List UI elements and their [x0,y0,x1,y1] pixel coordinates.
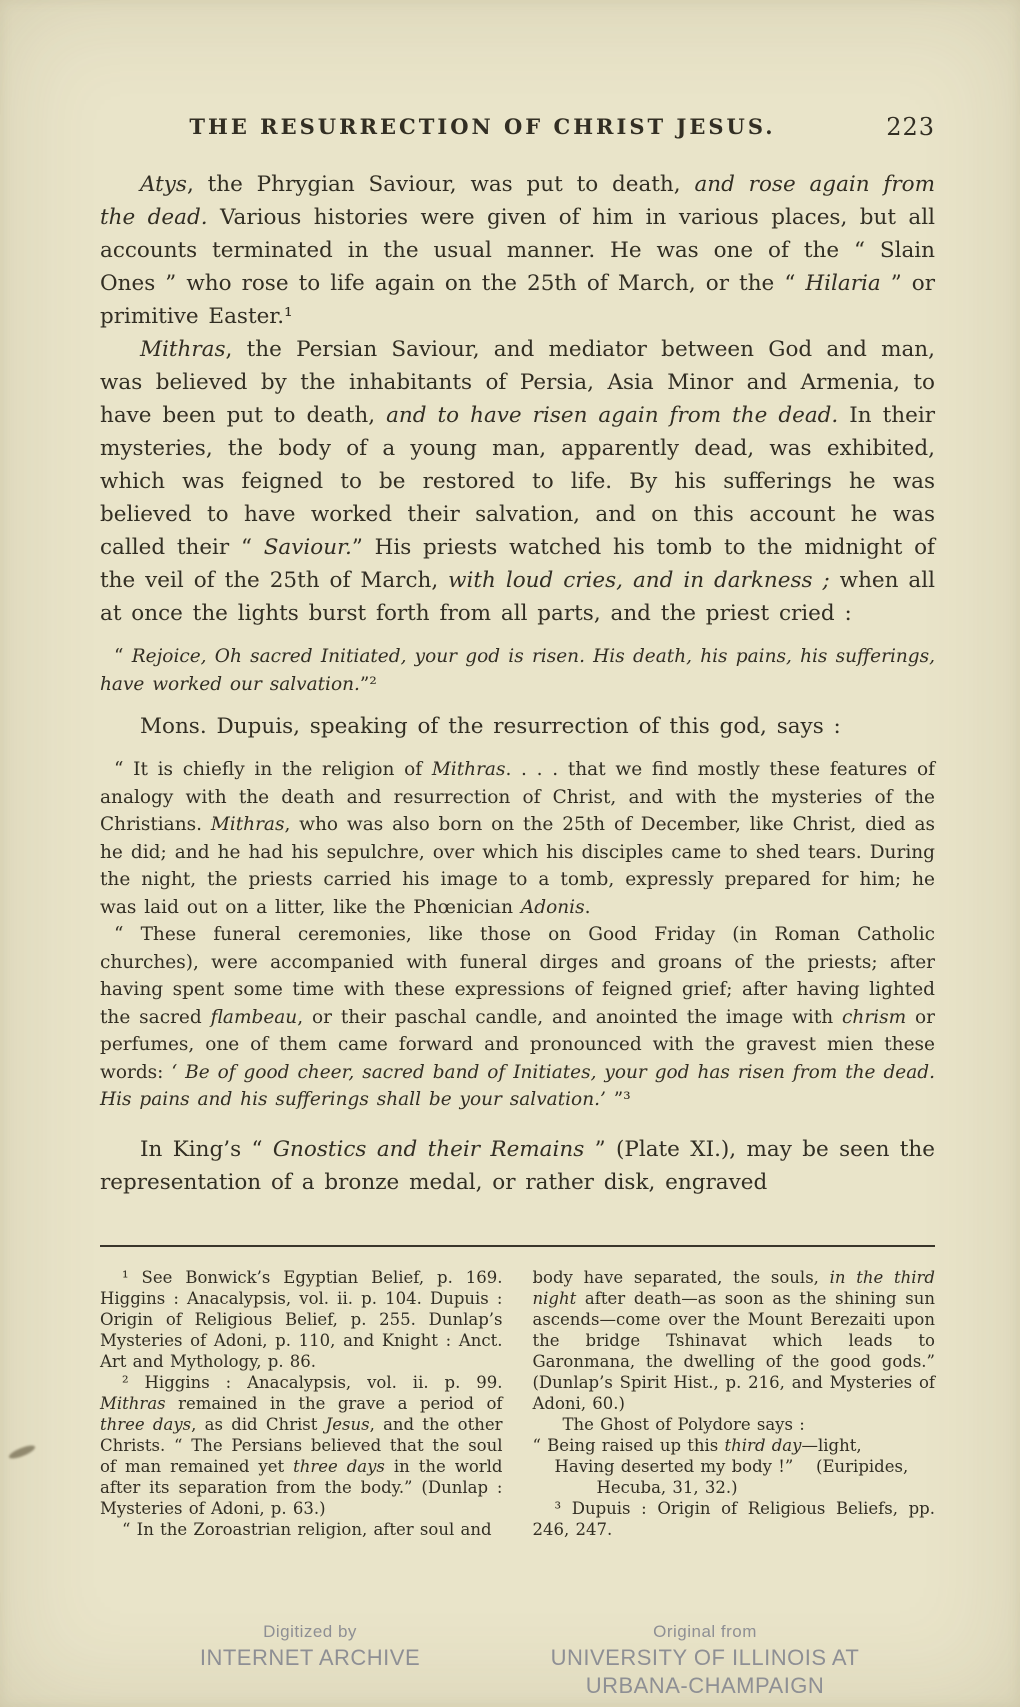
footnote-2-continuation: body have separated, the souls, in the t… [533,1267,936,1414]
footer-original-block: Original from UNIVERSITY OF ILLINOIS AT … [530,1620,880,1700]
footer-digitized-block: Digitized by INTERNET ARCHIVE [175,1620,445,1672]
body-paragraphs: Atys, the Phrygian Saviour, was put to d… [100,168,935,1199]
university-name-line2: URBANA-CHAMPAIGN [530,1672,880,1700]
page-number: 223 [886,112,935,142]
footnote-separator-rule [100,1245,935,1247]
ink-smudge [8,1443,37,1461]
quote-dupuis-2: “ These funeral ceremonies, like those o… [100,921,935,1114]
paragraph-atys: Atys, the Phrygian Saviour, was put to d… [100,168,935,333]
quote-dupuis-1: “ It is chiefly in the religion of Mithr… [100,756,935,921]
footnote-verse-line-3: Hecuba, 31, 32.) [533,1477,936,1498]
footnote-2: ² Higgins : Anacalypsis, vol. ii. p. 99.… [100,1372,503,1519]
paragraph-dupuis: Mons. Dupuis, speaking of the resurrecti… [100,710,935,743]
paragraph-kings: In King’s “ Gnostics and their Remains ”… [100,1133,935,1199]
footnote-verse-line-1: “ Being raised up this third day—light, [533,1435,936,1456]
university-name-line1: UNIVERSITY OF ILLINOIS AT [530,1644,880,1672]
footnotes-section: ¹ See Bonwick’s Egyptian Belief, p. 169.… [100,1267,935,1540]
running-title: THE RESURRECTION OF CHRIST JESUS. [100,112,865,142]
page-header: THE RESURRECTION OF CHRIST JESUS. 223 [100,112,935,146]
footnote-1: ¹ See Bonwick’s Egyptian Belief, p. 169.… [100,1267,503,1372]
footnote-verse-line-2: Having deserted my body !” (Euripides, [533,1456,936,1477]
footnote-3: ³ Dupuis : Origin of Religious Beliefs, … [533,1498,936,1540]
internet-archive-label: INTERNET ARCHIVE [175,1644,445,1672]
digitized-by-label: Digitized by [175,1620,445,1644]
footnote-polydore-intro: The Ghost of Polydore says : [533,1414,936,1435]
paragraph-mithras: Mithras, the Persian Saviour, and mediat… [100,333,935,630]
footnotes-left-column: ¹ See Bonwick’s Egyptian Belief, p. 169.… [100,1267,503,1540]
quote-rejoice: “ Rejoice, Oh sacred Initiated, your god… [100,643,935,698]
scanned-book-page: THE RESURRECTION OF CHRIST JESUS. 223 At… [0,0,1020,1707]
text-block: Atys, the Phrygian Saviour, was put to d… [100,168,935,1540]
original-from-label: Original from [530,1620,880,1644]
footnote-2-continued: “ In the Zoroastrian religion, after sou… [100,1519,503,1540]
footnotes-right-column: body have separated, the souls, in the t… [533,1267,936,1540]
